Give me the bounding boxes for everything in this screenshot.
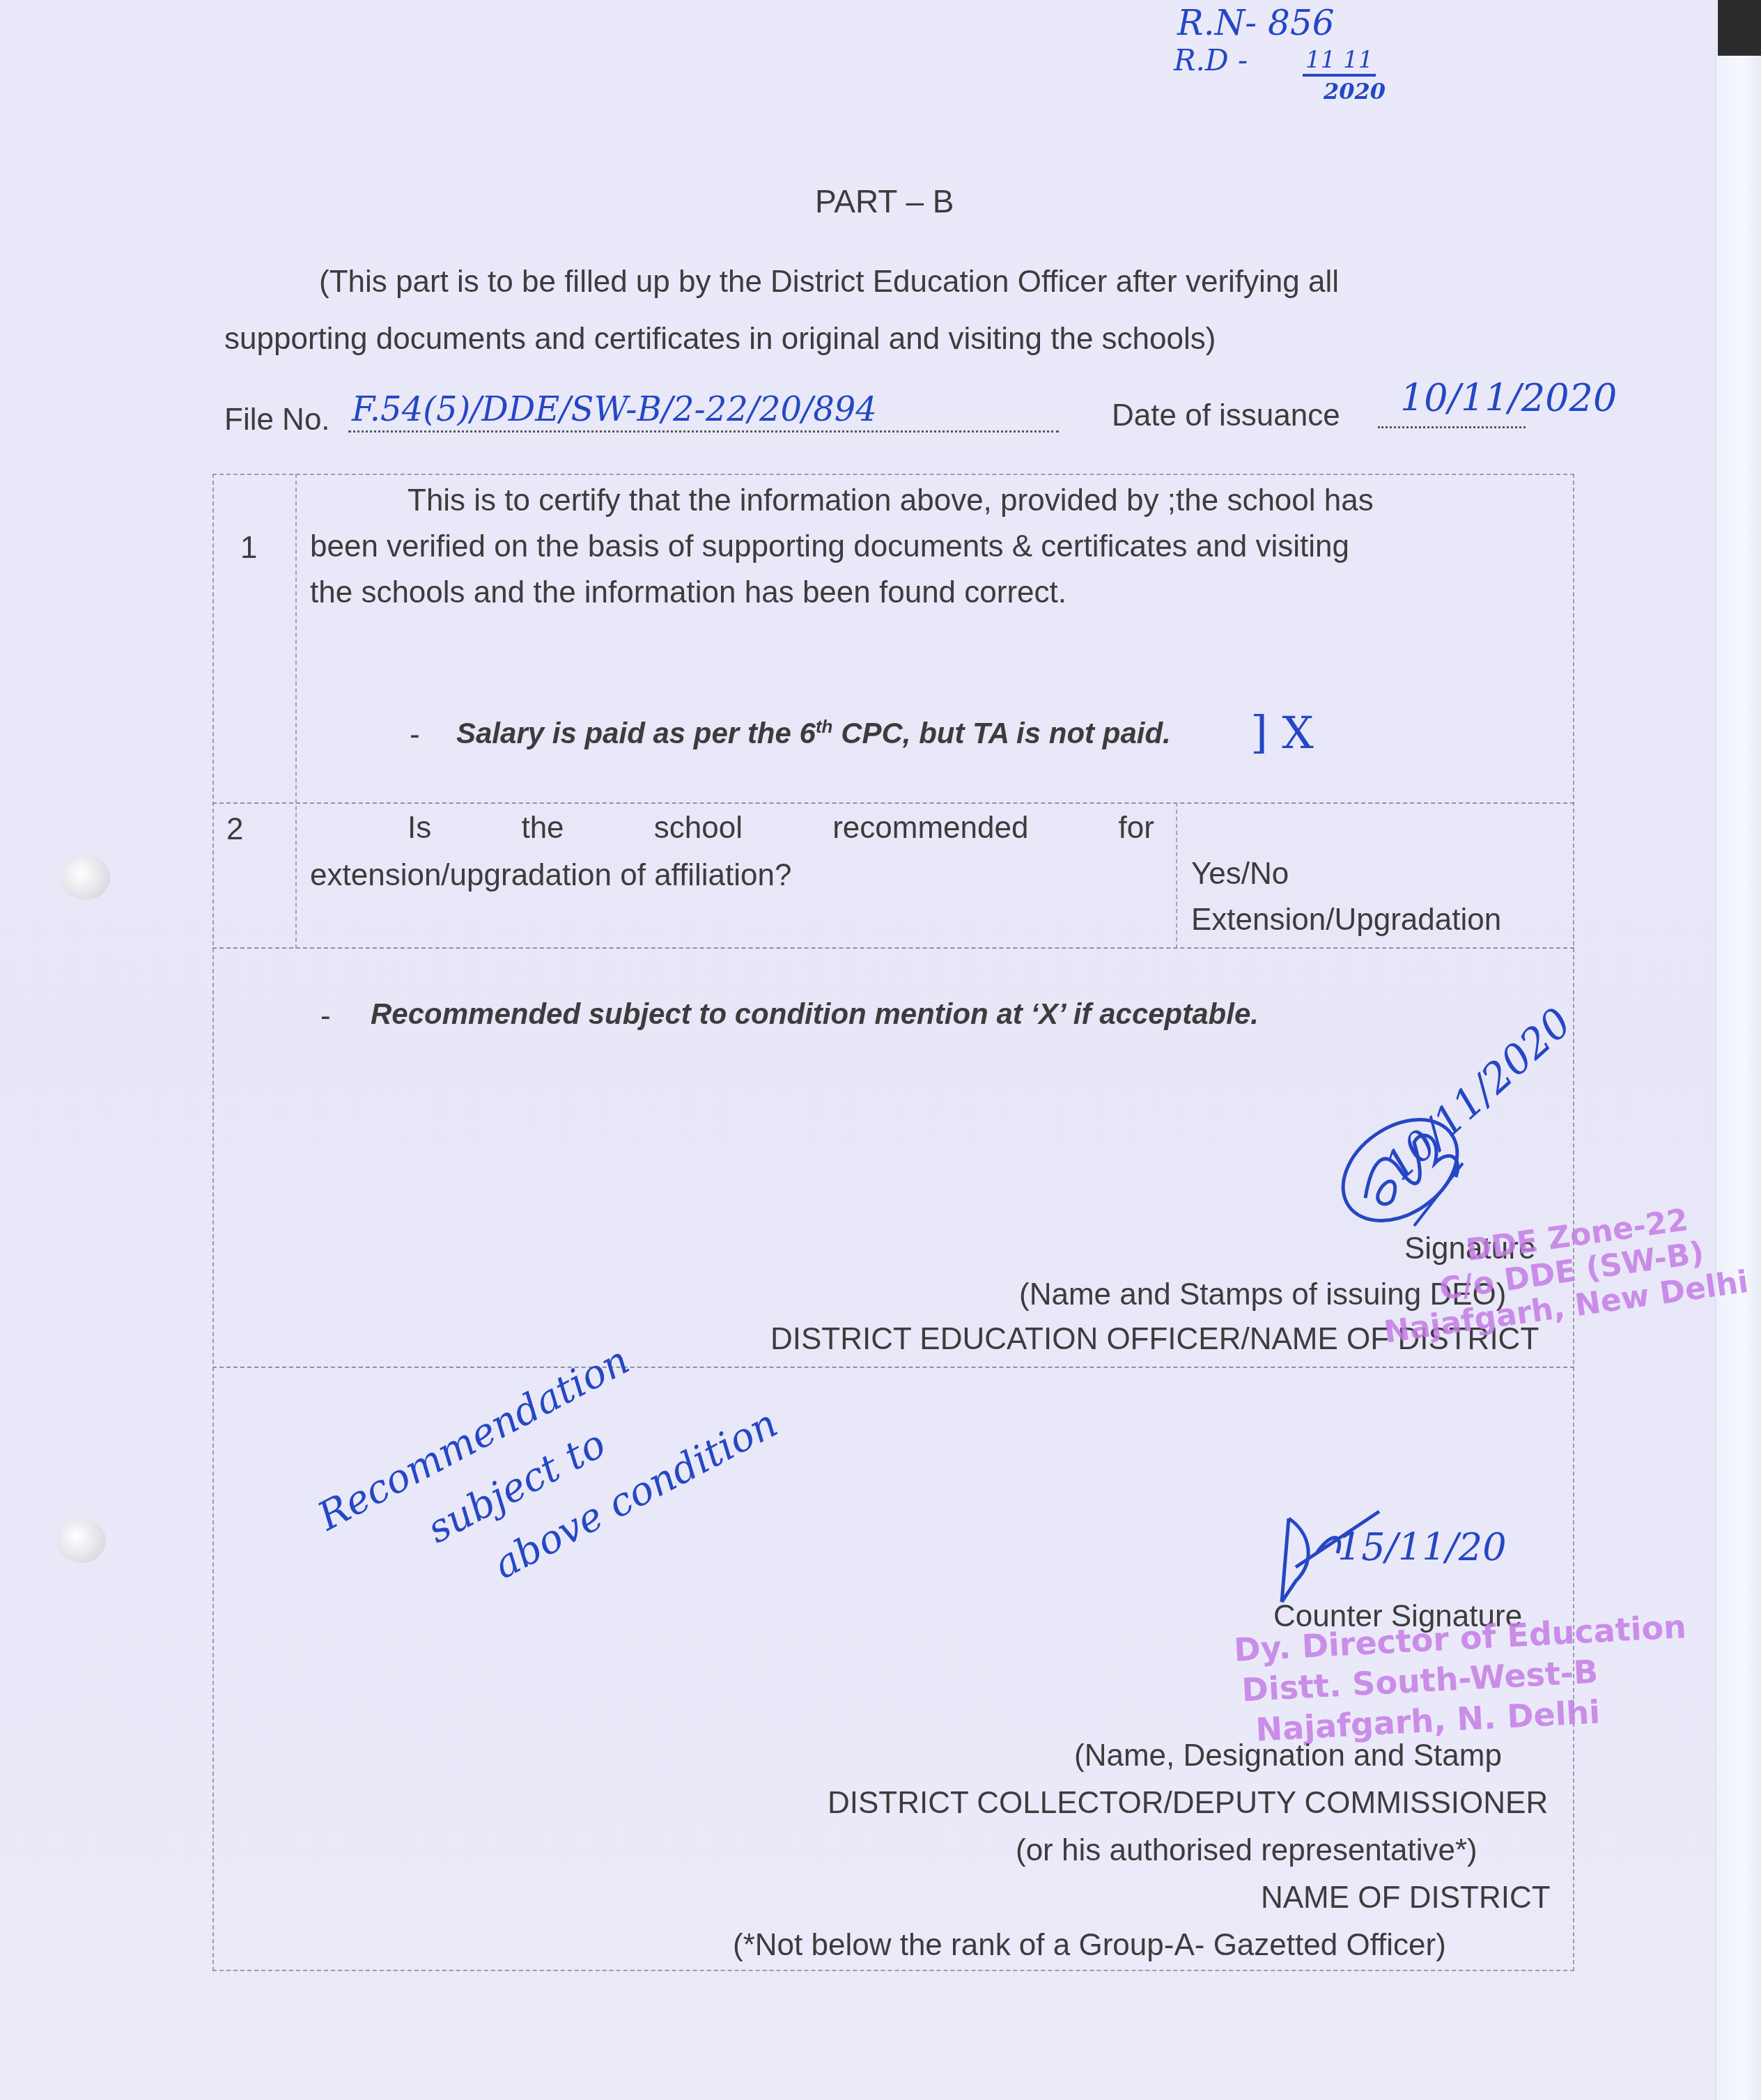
date-value: 10/11/2020 — [1400, 376, 1617, 420]
row-1-note-sup: th — [816, 716, 833, 737]
counter-stamp: Dy. Director of Education Distt. South-W… — [1233, 1610, 1629, 1751]
row-2-word: recommended — [832, 811, 1028, 846]
row-1-handwritten-mark: ] X — [1250, 708, 1314, 759]
row-2-word: for — [1119, 811, 1154, 846]
scanner-edge — [1715, 0, 1761, 2100]
date-field — [1378, 422, 1526, 428]
row-1-text-line-3: the schools and the information has been… — [310, 575, 1066, 610]
row-1-text-line-1: This is to certify that the information … — [408, 483, 1374, 518]
row-1-note-rest: CPC, but TA is not paid. — [832, 717, 1170, 749]
representative-label: (or his authorised representative*) — [1016, 1833, 1477, 1868]
row-2-number: 2 — [226, 812, 243, 847]
row-1-text-line-2: been verified on the basis of supporting… — [310, 529, 1349, 564]
table-answer-divider — [1176, 802, 1177, 949]
row-2-word: Is — [408, 811, 431, 846]
receipt-date-daymonth: 11 11 — [1303, 46, 1376, 77]
row-2-word: school — [654, 811, 743, 846]
table-col-divider — [295, 474, 297, 949]
date-label: Date of issuance — [1112, 398, 1340, 433]
row-1-note-bullet: - — [410, 717, 420, 752]
footnote: (*Not below the rank of a Group-A- Gazet… — [733, 1928, 1446, 1963]
recommendation-text: Recommended subject to condition mention… — [371, 997, 1259, 1031]
table-row-divider-2 — [212, 947, 1574, 949]
district-label: NAME OF DISTRICT — [1261, 1881, 1551, 1915]
table-row-divider-1 — [212, 802, 1574, 804]
name-designation-label: (Name, Designation and Stamp — [1074, 1739, 1502, 1773]
receipt-date-label: R.D - — [1174, 43, 1248, 77]
row-2-question-line-2: extension/upgradation of affiliation? — [310, 858, 791, 893]
scanner-edge-dark — [1718, 0, 1761, 56]
recommendation-bullet: - — [320, 999, 331, 1034]
receipt-number: R.N- 856 — [1177, 3, 1335, 43]
row-2-answer-type: Extension/Upgradation — [1191, 903, 1501, 938]
file-no-label: File No. — [224, 403, 330, 437]
instruction-line-1: (This part is to be filled up by the Dis… — [319, 265, 1339, 300]
row-1-note-text: Salary is paid as per the 6 — [456, 717, 816, 749]
punch-hole-top — [61, 855, 110, 900]
row-2-word: the — [521, 811, 564, 846]
file-no-value: F.54(5)/DDE/SW-B/2-22/20/894 — [352, 390, 877, 429]
row-2-question-line-1: Is the school recommended for — [408, 811, 1154, 846]
row-1-number: 1 — [240, 531, 257, 566]
punch-hole-bottom — [57, 1518, 106, 1563]
row-1-note: Salary is paid as per the 6th CPC, but T… — [456, 716, 1171, 750]
row-2-answer-yes-no: Yes/No — [1191, 857, 1289, 892]
instruction-line-2: supporting documents and certificates in… — [224, 322, 1216, 357]
collector-label: DISTRICT COLLECTOR/DEPUTY COMMISSIONER — [828, 1786, 1548, 1821]
counter-signature-date: 15/11/20 — [1337, 1525, 1507, 1569]
receipt-date-year: 2020 — [1324, 78, 1386, 104]
page-title: PART – B — [815, 182, 954, 220]
